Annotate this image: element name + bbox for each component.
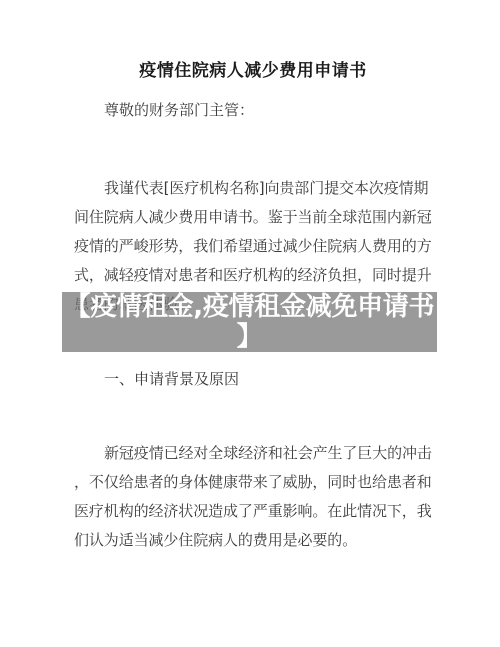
paragraph-line: 新冠疫情已经对全球经济和社会产生了巨大的冲击 xyxy=(74,439,432,468)
paragraph-line: 式，减轻疫情对患者和医疗机构的经济负担，同时提升 xyxy=(74,261,432,290)
paragraph-line: ，不仅给患者的身体健康带来了威胁，同时也给患者和 xyxy=(74,468,432,497)
paragraph-line: 们认为适当减少住院病人的费用是必要的。 xyxy=(74,526,432,555)
paragraph-line: 疫情的严峻形势，我们希望通过减少住院病人费用的方 xyxy=(74,232,432,261)
document-content: 疫情住院病人减少费用申请书 尊敬的财务部门主管： 我谨代表[医疗机构名称]向贵部… xyxy=(74,0,432,555)
document-page: 疫情住院病人减少费用申请书 尊敬的财务部门主管： 我谨代表[医疗机构名称]向贵部… xyxy=(0,0,500,647)
watermark-banner: 【疫情租金,疫情租金减免申请书 】 xyxy=(62,292,437,352)
watermark-text-line-2: 】 xyxy=(62,322,437,352)
paragraph-line: 医疗机构的经济状况造成了严重影响。在此情况下，我 xyxy=(74,497,432,526)
salutation-line: 尊敬的财务部门主管： xyxy=(74,96,432,125)
section-heading: 一、申请背景及原因 xyxy=(74,365,432,394)
watermark-text-line-1: 【疫情租金,疫情租金减免申请书 xyxy=(62,292,437,322)
body-paragraph-2: 新冠疫情已经对全球经济和社会产生了巨大的冲击 ，不仅给患者的身体健康带来了威胁，… xyxy=(74,439,432,555)
paragraph-line: 我谨代表[医疗机构名称]向贵部门提交本次疫情期 xyxy=(74,174,432,203)
paragraph-line: 间住院病人减少费用申请书。鉴于当前全球范围内新冠 xyxy=(74,203,432,232)
page-title: 疫情住院病人减少费用申请书 xyxy=(74,58,432,84)
